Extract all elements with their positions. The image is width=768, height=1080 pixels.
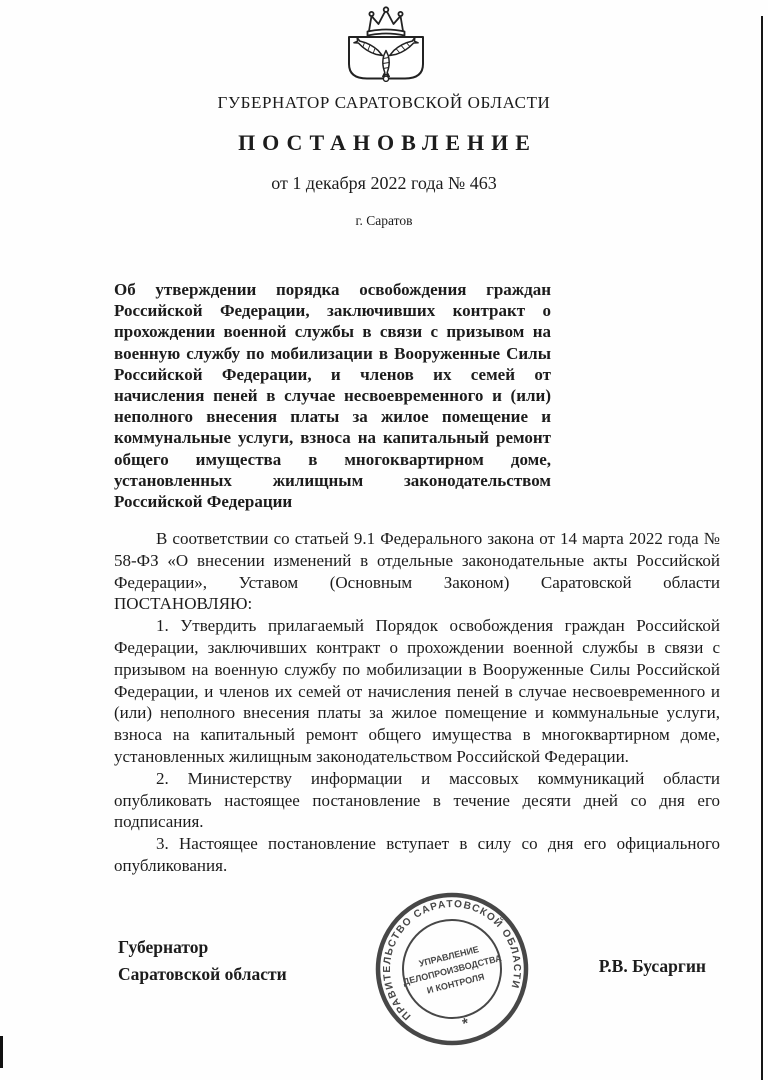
document-page: ГУБЕРНАТОР САРАТОВСКОЙ ОБЛАСТИ ПОСТАНОВЛ… — [0, 0, 768, 1080]
body-paragraph-1: 1. Утвердить прилагаемый Порядок освобож… — [114, 615, 720, 768]
stamp-bottom-star: * — [461, 1015, 471, 1033]
signature-post-line1: Губернатор — [118, 934, 287, 961]
date-number-line: от 1 декабря 2022 года № 463 — [0, 173, 768, 194]
signature-post-line2: Саратовской области — [118, 961, 287, 988]
body-paragraph-2: 2. Министерству информации и массовых ко… — [114, 768, 720, 833]
body-paragraph-intro: В соответствии со статьей 9.1 Федерально… — [114, 528, 720, 615]
document-body: В соответствии со статьей 9.1 Федерально… — [114, 528, 720, 877]
signature-post: Губернатор Саратовской области — [118, 934, 287, 988]
body-paragraph-3: 3. Настоящее постановление вступает в си… — [114, 833, 720, 877]
document-title: Об утверждении порядка освобождения граж… — [114, 279, 551, 512]
doc-type-heading: ПОСТАНОВЛЕНИЕ — [0, 130, 768, 156]
official-round-stamp: ПРАВИТЕЛЬСТВО САРАТОВСКОЙ ОБЛАСТИ * УПРА… — [372, 889, 532, 1049]
saratov-coat-of-arms-icon — [330, 6, 442, 82]
org-name: ГУБЕРНАТОР САРАТОВСКОЙ ОБЛАСТИ — [0, 93, 768, 113]
signature-name: Р.В. Бусаргин — [599, 956, 706, 977]
crown-icon — [368, 7, 405, 35]
scan-border-left-tick — [0, 1036, 3, 1068]
place-line: г. Саратов — [0, 213, 768, 229]
